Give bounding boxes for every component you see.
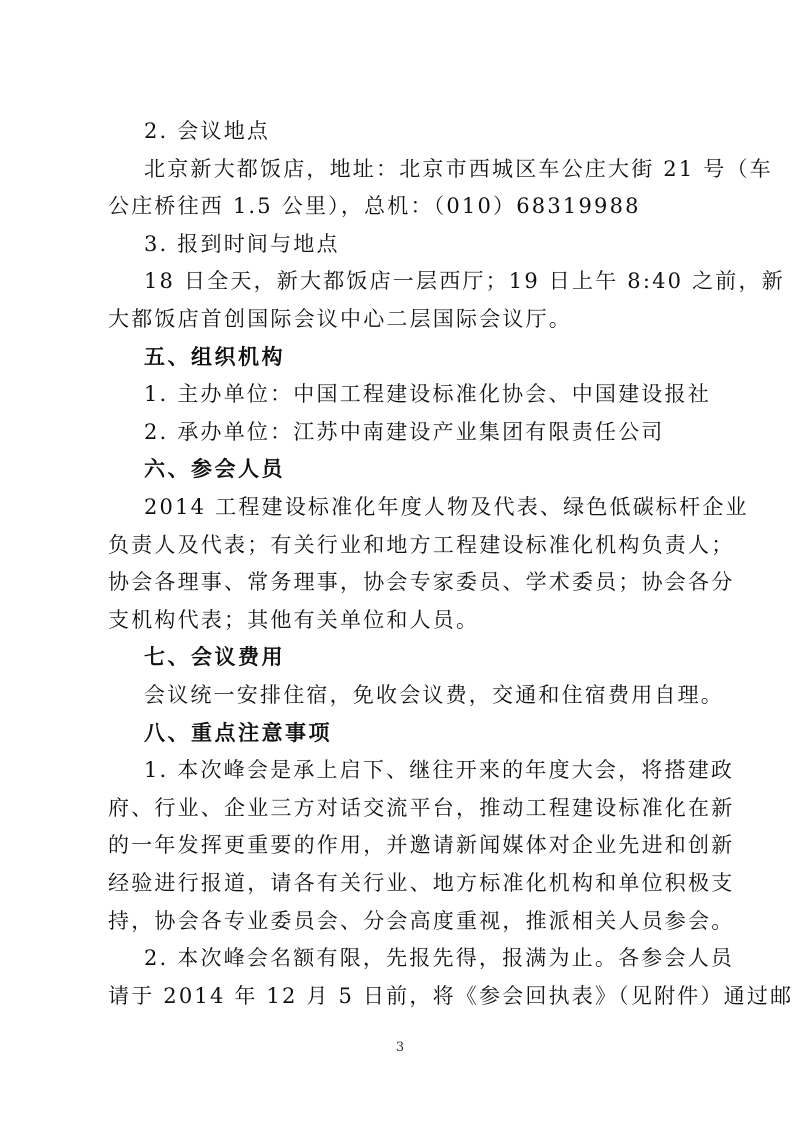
paragraph-venue-address-cont: 公庄桥往西 1.5 公里），总机：（010）68319988: [108, 193, 698, 219]
list-item-note-2: 2. 本次峰会名额有限，先报先得，报满为止。各参会人员: [144, 945, 700, 971]
section-subheading-registration: 3. 报到时间与地点: [144, 231, 700, 257]
list-item-organizer: 2. 承办单位：江苏中南建设产业集团有限责任公司: [144, 419, 700, 445]
paragraph-participants-cont-1: 负责人及代表；有关行业和地方工程建设标准化机构负责人；: [108, 532, 698, 558]
section-subheading-venue: 2. 会议地点: [144, 118, 700, 144]
list-item-host: 1. 主办单位：中国工程建设标准化协会、中国建设报社: [144, 381, 700, 407]
page-number: 3: [0, 1040, 800, 1055]
paragraph-participants-cont-2: 协会各理事、常务理事，协会专家委员、学术委员；协会各分: [108, 569, 698, 595]
paragraph-registration-cont: 大都饭店首创国际会议中心二层国际会议厅。: [108, 306, 698, 332]
section-heading-organization: 五、组织机构: [144, 344, 700, 370]
list-item-note-2-cont: 请于 2014 年 12 月 5 日前，将《参会回执表》（见附件）通过邮: [108, 983, 698, 1009]
paragraph-participants-cont-3: 支机构代表；其他有关单位和人员。: [108, 607, 698, 633]
paragraph-fees: 会议统一安排住宿，免收会议费，交通和住宿费用自理。: [144, 682, 700, 708]
paragraph-registration: 18 日全天，新大都饭店一层西厅；19 日上午 8:40 之前，新: [144, 268, 700, 294]
list-item-note-1-cont-4: 持，协会各专业委员会、分会高度重视，推派相关人员参会。: [108, 908, 698, 934]
list-item-note-1-cont-1: 府、行业、企业三方对话交流平台，推动工程建设标准化在新: [108, 795, 698, 821]
section-heading-participants: 六、参会人员: [144, 456, 700, 482]
section-heading-fees: 七、会议费用: [144, 644, 700, 670]
section-heading-notes: 八、重点注意事项: [144, 720, 700, 746]
list-item-note-1: 1. 本次峰会是承上启下、继往开来的年度大会，将搭建政: [144, 757, 700, 783]
list-item-note-1-cont-3: 经验进行报道，请各有关行业、地方标准化机构和单位积极支: [108, 870, 698, 896]
paragraph-venue-address: 北京新大都饭店，地址：北京市西城区车公庄大街 21 号（车: [144, 156, 700, 182]
paragraph-participants: 2014 工程建设标准化年度人物及代表、绿色低碳标杆企业: [144, 494, 700, 520]
document-page: 2. 会议地点 北京新大都饭店，地址：北京市西城区车公庄大街 21 号（车 公庄…: [0, 0, 800, 1132]
list-item-note-1-cont-2: 的一年发挥更重要的作用，并邀请新闻媒体对企业先进和创新: [108, 832, 698, 858]
